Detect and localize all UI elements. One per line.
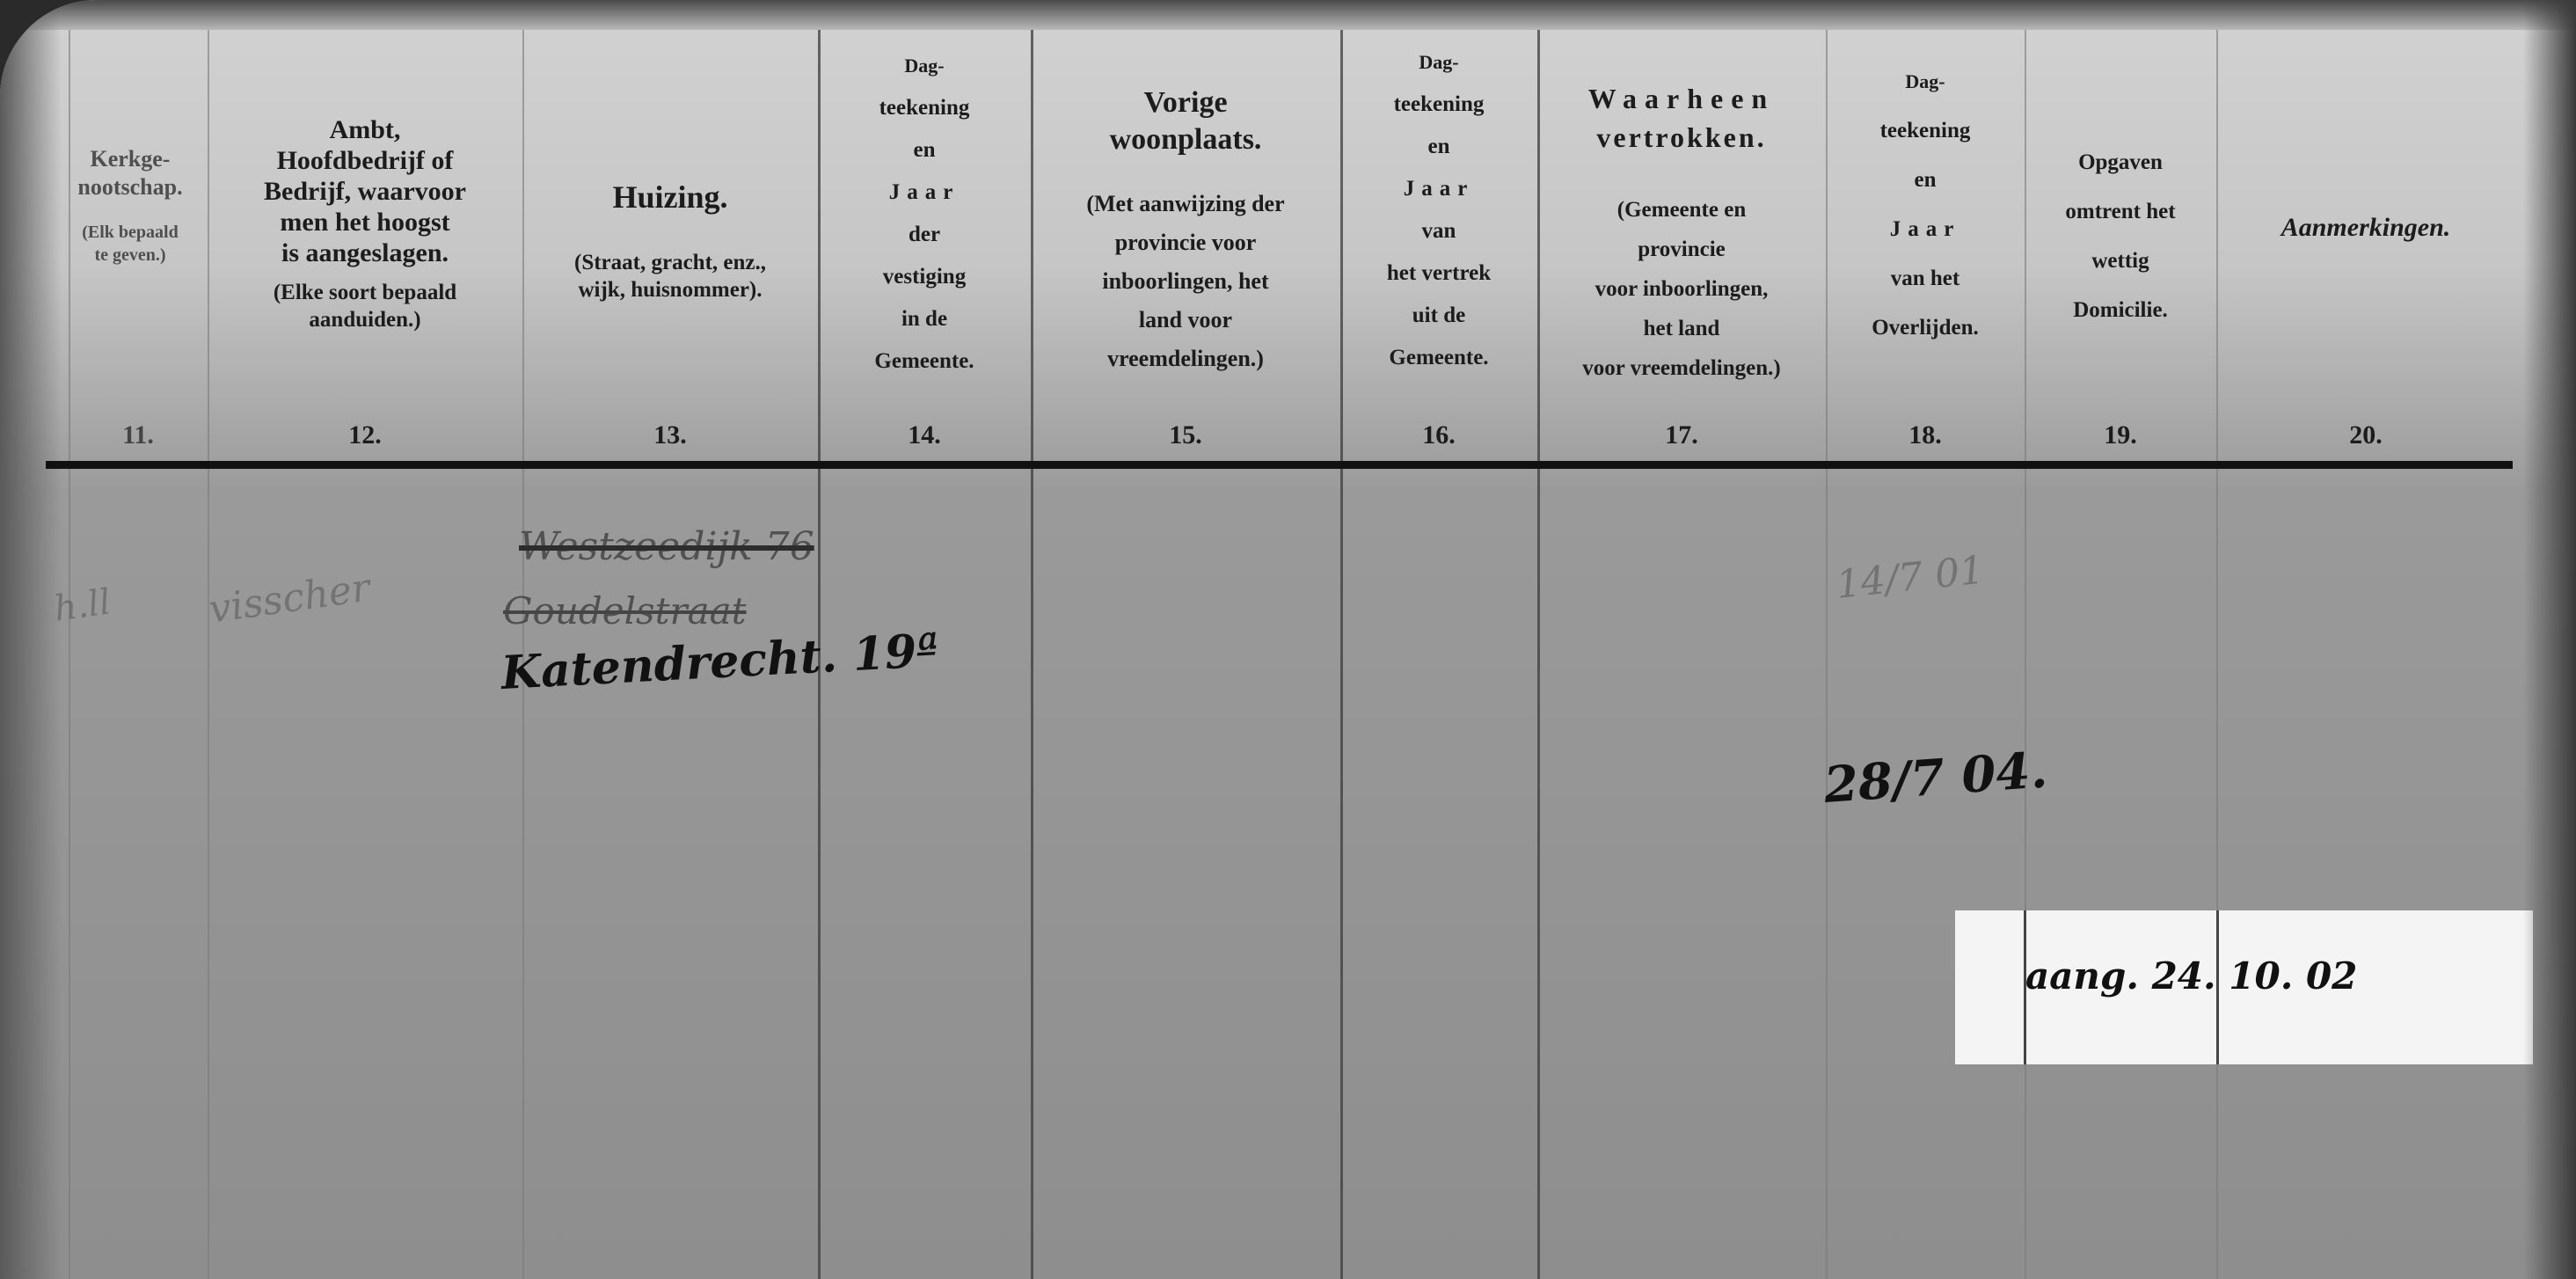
header-line: Jaar: [1872, 215, 1979, 245]
header-line: Ambt,: [264, 114, 466, 145]
column-number-13: 13.: [522, 420, 818, 450]
header-line: men het hoogst: [264, 207, 466, 238]
header-line: uit de: [1387, 301, 1491, 331]
header-line: wettig: [2065, 246, 2175, 276]
entry-occupation: visscher: [206, 566, 372, 632]
header-line: Dag-: [1387, 48, 1491, 77]
entry-remark: aang. 24. 10. 02: [2025, 954, 2357, 998]
header-line: Gemeente.: [874, 347, 974, 376]
entry-address-struck-2: Goudelstraat: [503, 589, 747, 632]
header-line: Bedrijf, waarvoor: [264, 176, 466, 207]
header-line: (Gemeente en: [1582, 190, 1780, 230]
entry-address-struck-1: Westzeedijk 76: [519, 524, 814, 569]
header-line: voor inboorlingen,: [1582, 269, 1780, 309]
column-header-13: Huizing. (Straat, gracht, enz., wijk, hu…: [522, 35, 818, 603]
column-number-11: 11.: [69, 420, 208, 450]
header-line: inboorlingen, het: [1086, 262, 1284, 301]
header-line: aanduiden.): [274, 306, 456, 333]
header-line: (Straat, gracht, enz.,: [574, 249, 766, 276]
header-line: Dag-: [1872, 67, 1979, 97]
register-page: Kerkge- nootschap. (Elk bepaald te geven…: [0, 0, 2576, 1279]
header-line: (Elk bepaald: [82, 221, 178, 244]
entry-church: h.ll: [52, 581, 113, 629]
header-line: is aangeslagen.: [264, 238, 466, 268]
column-header-11: Kerkge- nootschap. (Elk bepaald te geven…: [53, 35, 208, 567]
header-line: der: [874, 220, 974, 250]
header-line: (Elke soort bepaald: [274, 279, 456, 306]
header-line: Waarheen: [1588, 79, 1775, 118]
column-header-20: Aanmerkingen.: [2216, 35, 2515, 633]
header-line: land voor: [1086, 301, 1284, 340]
column-number-12: 12.: [208, 420, 522, 450]
column-header-12: Ambt, Hoofdbedrijf of Bedrijf, waarvoor …: [208, 35, 522, 537]
header-line: vestiging: [874, 262, 974, 292]
header-line: en: [1387, 132, 1491, 162]
header-line: Overlijden.: [1872, 313, 1979, 343]
header-line: nootschap.: [77, 173, 182, 201]
header-line: het land: [1582, 309, 1780, 348]
column-header-14: Dag- teekening en Jaar der vestiging in …: [818, 35, 1031, 473]
header-line: Opgaven: [2065, 148, 2175, 178]
pasted-remark-patch: aang. 24. 10. 02: [1955, 910, 2533, 1064]
header-line: Jaar: [1387, 174, 1491, 204]
header-line: Aanmerkingen.: [2281, 211, 2451, 245]
header-line: Jaar: [874, 178, 974, 208]
header-line: provincie voor: [1086, 223, 1284, 262]
column-number-14: 14.: [818, 420, 1031, 450]
column-number-16: 16.: [1340, 420, 1537, 450]
header-line: Hoofdbedrijf of: [264, 145, 466, 176]
header-line: woonplaats.: [1110, 121, 1262, 158]
header-line: voor vreemdelingen.): [1582, 348, 1780, 388]
column-number-20: 20.: [2216, 420, 2515, 450]
entry-death-date: 28/7 04.: [1822, 741, 2049, 815]
header-line: vertrokken.: [1588, 118, 1775, 157]
header-line: en: [1872, 165, 1979, 195]
header-line: te geven.): [82, 244, 178, 267]
header-line: van: [1387, 216, 1491, 246]
column-number-15: 15.: [1031, 420, 1340, 450]
entry-death-date-faint: 14/7 01: [1834, 547, 1986, 607]
header-line: en: [874, 135, 974, 165]
column-number-18: 18.: [1826, 420, 2025, 450]
header-line: teekening: [874, 93, 974, 123]
header-line: in de: [874, 304, 974, 334]
header-line: Domicilie.: [2065, 296, 2175, 325]
column-header-16: Dag- teekening en Jaar van het vertrek u…: [1340, 35, 1537, 470]
header-line: Kerkge-: [77, 145, 182, 173]
header-line: Huizing.: [612, 180, 727, 214]
header-line: vreemdelingen.): [1086, 340, 1284, 378]
header-line: het vertrek: [1387, 259, 1491, 289]
header-line: omtrent het: [2065, 197, 2175, 227]
header-line: (Met aanwijzing der: [1086, 185, 1284, 223]
header-line: provincie: [1582, 230, 1780, 269]
header-line: Vorige: [1110, 84, 1262, 121]
column-number-17: 17.: [1537, 420, 1826, 450]
header-line: teekening: [1872, 116, 1979, 146]
header-line: van het: [1872, 264, 1979, 294]
header-line: Dag-: [874, 51, 974, 81]
entry-address-current: Katendrecht. 19ª: [500, 624, 940, 700]
header-line: teekening: [1387, 90, 1491, 120]
header-line: wijk, huisnommer).: [574, 276, 766, 303]
column-number-19: 19.: [2025, 420, 2216, 450]
column-header-19: Opgaven omtrent het wettig Domicilie.: [2025, 35, 2216, 570]
header-line: Gemeente.: [1387, 343, 1491, 373]
